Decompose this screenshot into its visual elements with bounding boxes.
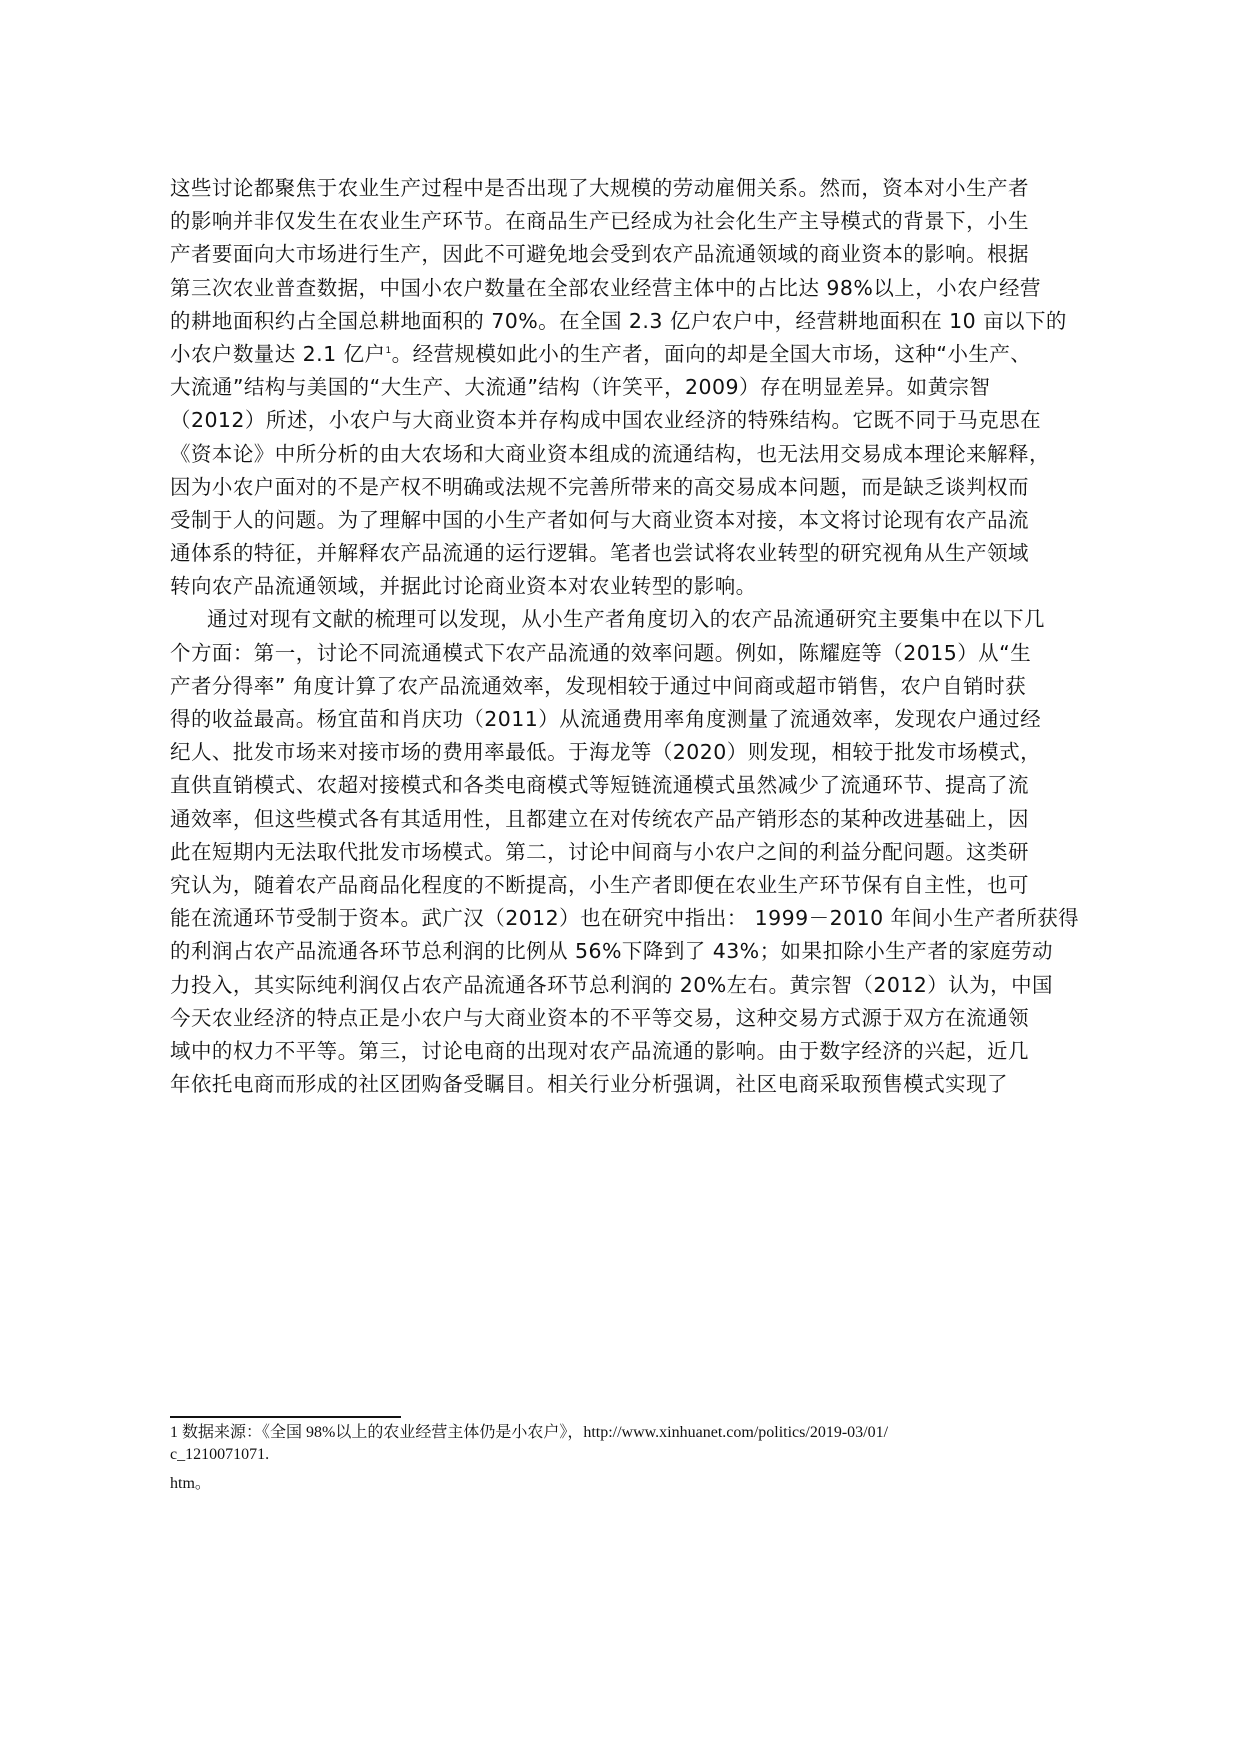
text-line: 因为小农户面对的不是产权不明确或法规不完善所带来的高交易成本问题，而是缺乏谈判权… — [170, 471, 1070, 504]
text-line: 通体系的特征，并解释农产品流通的运行逻辑。笔者也尝试将农业转型的研究视角从生产领… — [170, 537, 1070, 570]
text-line: 《资本论》中所分析的由大农场和大商业资本组成的流通结构，也无法用交易成本理论来解… — [170, 438, 1070, 471]
text-line: 能在流通环节受制于资本。武广汉（2012）也在研究中指出： 1999－2010 … — [170, 902, 1070, 935]
text-line: 产者要面向大市场进行生产，因此不可避免地会受到农产品流通领域的商业资本的影响。根… — [170, 238, 1070, 271]
document-page: 这些讨论都聚焦于农业生产过程中是否出现了大规模的劳动雇佣关系。然而，资本对小生产… — [0, 0, 1240, 1754]
text-line: 通效率，但这些模式各有其适用性，且都建立在对传统农产品产销形态的某种改进基础上，… — [170, 803, 1070, 836]
footnotes: 1 数据来源：《全国 98%以上的农业经营主体仍是小农户》，http://www… — [170, 1422, 1070, 1495]
paragraph-1: 这些讨论都聚焦于农业生产过程中是否出现了大规模的劳动雇佣关系。然而，资本对小生产… — [170, 172, 1070, 603]
text-line: 究认为，随着农产品商品化程度的不断提高，小生产者即便在农业生产环节保有自主性，也… — [170, 869, 1070, 902]
text-line: 的利润占农产品流通各环节总利润的比例从 56%下降到了 43%；如果扣除小生产者… — [170, 935, 1070, 968]
footnote-1-line-3: htm。 — [170, 1473, 1070, 1495]
text-line: 受制于人的问题。为了理解中国的小生产者如何与大商业资本对接，本文将讨论现有农产品… — [170, 504, 1070, 537]
body-text: 这些讨论都聚焦于农业生产过程中是否出现了大规模的劳动雇佣关系。然而，资本对小生产… — [170, 172, 1070, 1101]
text-line-with-footnote: 小农户数量达 2.1 亿户1。经营规模如此小的生产者，面向的却是全国大市场，这种… — [170, 338, 1070, 371]
text-line: 的耕地面积约占全国总耕地面积的 70%。在全国 2.3 亿户农户中，经营耕地面积… — [170, 305, 1070, 338]
text-line: 得的收益最高。杨宜苗和肖庆功（2011）从流通费用率角度测量了流通效率，发现农户… — [170, 703, 1070, 736]
text-line: 通过对现有文献的梳理可以发现，从小生产者角度切入的农产品流通研究主要集中在以下几 — [170, 603, 1070, 636]
footnote-gap — [170, 1466, 1070, 1473]
text-line: 纪人、批发市场来对接市场的费用率最低。于海龙等（2020）则发现，相较于批发市场… — [170, 736, 1070, 769]
text-line: 年依托电商而形成的社区团购备受瞩目。相关行业分析强调，社区电商采取预售模式实现了 — [170, 1068, 1070, 1101]
footnote-separator — [170, 1416, 401, 1418]
text-line: 大流通”结构与美国的“大生产、大流通”结构（许笑平，2009）存在明显差异。如黄… — [170, 371, 1070, 404]
text-line: 转向农产品流通领域，并据此讨论商业资本对农业转型的影响。 — [170, 570, 1070, 603]
footnote-1-line-2: c_1210071071. — [170, 1444, 1070, 1466]
text-line: 今天农业经济的特点正是小农户与大商业资本的不平等交易，这种交易方式源于双方在流通… — [170, 1002, 1070, 1035]
text-line: 力投入，其实际纯利润仅占农产品流通各环节总利润的 20%左右。黄宗智（2012）… — [170, 969, 1070, 1002]
text-line: 产者分得率” 角度计算了农产品流通效率，发现相较于通过中间商或超市销售，农户自销… — [170, 670, 1070, 703]
footnote-1-line-1: 1 数据来源：《全国 98%以上的农业经营主体仍是小农户》，http://www… — [170, 1422, 1070, 1444]
text-line: 域中的权力不平等。第三，讨论电商的出现对农产品流通的影响。由于数字经济的兴起，近… — [170, 1035, 1070, 1068]
text-line: 直供直销模式、农超对接模式和各类电商模式等短链流通模式虽然减少了流通环节、提高了… — [170, 769, 1070, 802]
text-segment: 小农户数量达 2.1 亿户 — [170, 342, 385, 366]
text-line: 这些讨论都聚焦于农业生产过程中是否出现了大规模的劳动雇佣关系。然而，资本对小生产… — [170, 172, 1070, 205]
text-segment: 。经营规模如此小的生产者，面向的却是全国大市场，这种“小生产、 — [392, 342, 1032, 366]
text-line: 个方面：第一，讨论不同流通模式下农产品流通的效率问题。例如，陈耀庭等（2015）… — [170, 637, 1070, 670]
text-line: 此在短期内无法取代批发市场模式。第二，讨论中间商与小农户之间的利益分配问题。这类… — [170, 836, 1070, 869]
text-line: （2012）所述，小农户与大商业资本并存构成中国农业经济的特殊结构。它既不同于马… — [170, 404, 1070, 437]
paragraph-2: 通过对现有文献的梳理可以发现，从小生产者角度切入的农产品流通研究主要集中在以下几… — [170, 603, 1070, 1101]
text-line: 第三次农业普查数据，中国小农户数量在全部农业经营主体中的占比达 98%以上，小农… — [170, 272, 1070, 305]
text-line: 的影响并非仅发生在农业生产环节。在商品生产已经成为社会化生产主导模式的背景下，小… — [170, 205, 1070, 238]
